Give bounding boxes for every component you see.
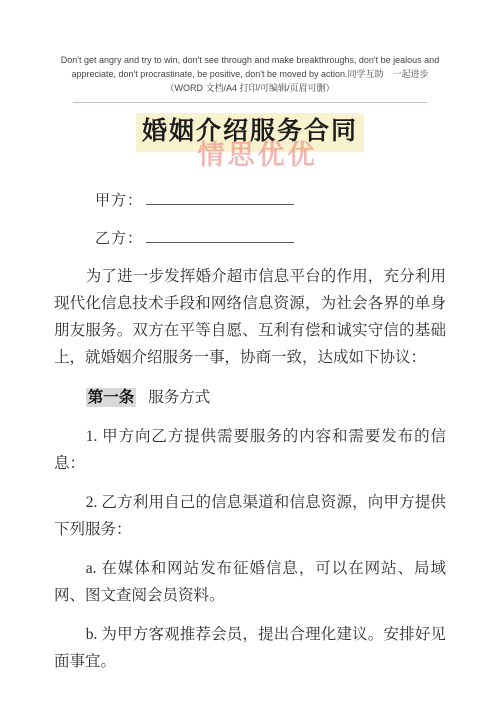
- party-a-label: 甲方：: [95, 193, 143, 209]
- header-note: Don't get angry and try to win, don't se…: [57, 0, 443, 95]
- article-1-heading: 第一条服务方式: [54, 384, 446, 411]
- clause-1: 1. 甲方向乙方提供需要服务的内容和需要发布的信息：: [54, 423, 446, 477]
- clause-b: b. 为甲方客观推荐会员，提出合理化建议。安排好见面事宜。: [54, 621, 446, 675]
- party-b-label: 乙方：: [95, 231, 143, 247]
- document-title-text: 婚姻介绍服务合同: [142, 118, 358, 145]
- document-title: 婚姻介绍服务合同: [136, 113, 364, 152]
- intro-paragraph: 为了进一步发挥婚介超市信息平台的作用，充分利用现代化信息技术手段和网络信息资源，…: [54, 263, 446, 371]
- contract-body: 为了进一步发挥婚介超市信息平台的作用，充分利用现代化信息技术手段和网络信息资源，…: [54, 263, 446, 675]
- clause-2: 2. 乙方利用自己的信息渠道和信息资源，向甲方提供下列服务：: [54, 489, 446, 543]
- party-b-row: 乙方：: [95, 227, 500, 247]
- article-1-title: 服务方式: [148, 389, 210, 406]
- party-a-blank-line: [146, 191, 294, 205]
- title-block: 情思优优 婚姻介绍服务合同: [0, 113, 500, 155]
- article-1-number: 第一条: [86, 388, 137, 407]
- header-divider: [73, 102, 427, 103]
- party-a-row: 甲方：: [95, 189, 500, 209]
- clause-a: a. 在媒体和网站发布征婚信息，可以在网站、局域网、图文查阅会员资料。: [54, 555, 446, 609]
- party-b-blank-line: [146, 229, 294, 243]
- document-page: Don't get angry and try to win, don't se…: [0, 0, 500, 708]
